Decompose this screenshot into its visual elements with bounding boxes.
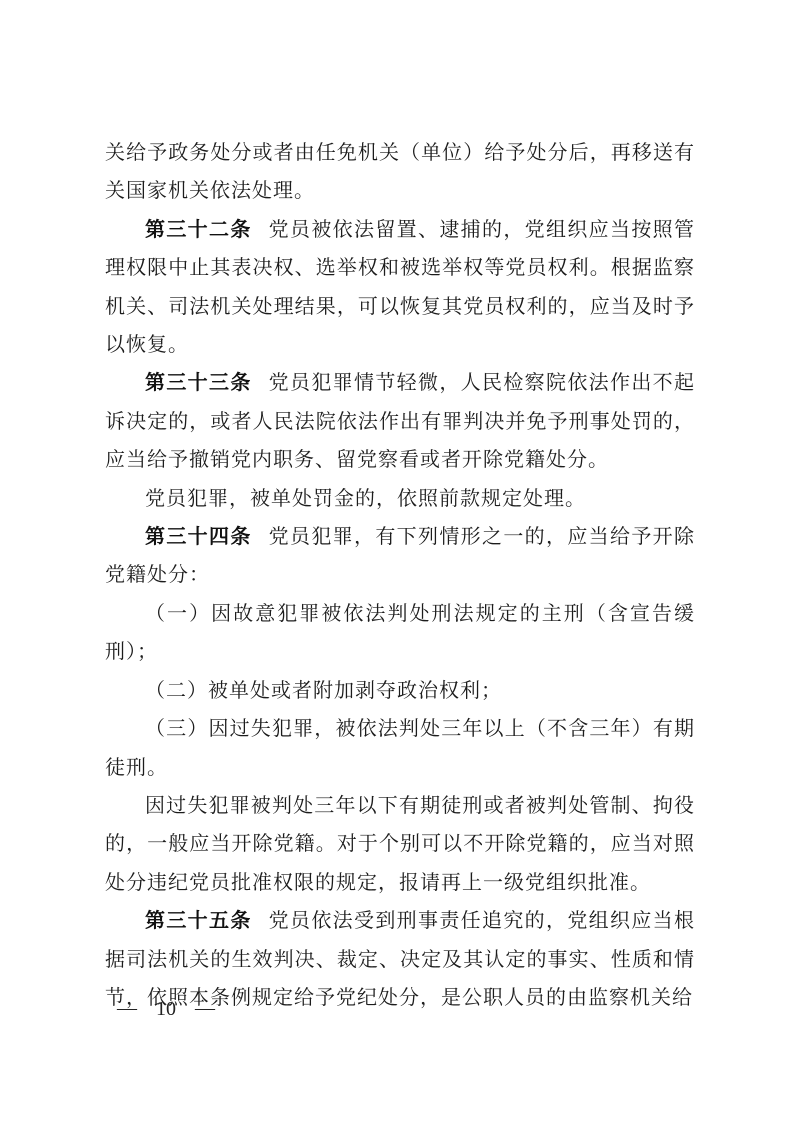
article-number: 第三十二条 [145, 219, 252, 241]
paragraph-text: 因过失犯罪被判处三年以下有期徒刑或者被判处管制、拘役的，一般应当开除党籍。对于个… [105, 795, 695, 894]
paragraph-text: （三）因过失犯罪，被依法判处三年以上（不含三年）有期徒刑。 [105, 718, 695, 778]
document-page: 关给予政务处分或者由任免机关（单位）给予处分后，再移送有关国家机关依法处理。 第… [0, 0, 793, 1122]
list-item-1: （一）因故意犯罪被依法判处刑法规定的主刑（含宣告缓刑）； [105, 595, 695, 672]
paragraph-text: 关给予政务处分或者由任免机关（单位）给予处分后，再移送有关国家机关依法处理。 [105, 142, 695, 202]
article-number: 第三十五条 [145, 910, 252, 932]
list-item-2: （二）被单处或者附加剥夺政治权利； [105, 672, 695, 710]
footer-dash-right: — [195, 997, 215, 1020]
footer-dash-left: — [117, 997, 137, 1020]
paragraph-continued: 关给予政务处分或者由任免机关（单位）给予处分后，再移送有关国家机关依法处理。 [105, 134, 695, 211]
page-number: 10 [156, 998, 176, 1021]
article-number: 第三十三条 [145, 372, 252, 394]
paragraph: 党员犯罪，被单处罚金的，依照前款规定处理。 [105, 480, 695, 518]
paragraph-article-33: 第三十三条党员犯罪情节轻微，人民检察院依法作出不起诉决定的，或者人民法院依法作出… [105, 364, 695, 479]
paragraph-article-32: 第三十二条党员被依法留置、逮捕的，党组织应当按照管理权限中止其表决权、选举权和被… [105, 211, 695, 365]
paragraph-text: （二）被单处或者附加剥夺政治权利； [145, 680, 502, 702]
paragraph-text: （一）因故意犯罪被依法判处刑法规定的主刑（含宣告缓刑）； [105, 603, 695, 663]
text-block: 关给予政务处分或者由任免机关（单位）给予处分后，再移送有关国家机关依法处理。 第… [105, 134, 695, 1017]
paragraph: 因过失犯罪被判处三年以下有期徒刑或者被判处管制、拘役的，一般应当开除党籍。对于个… [105, 787, 695, 902]
article-number: 第三十四条 [145, 526, 252, 548]
paragraph-article-34: 第三十四条党员犯罪，有下列情形之一的，应当给予开除党籍处分： [105, 518, 695, 595]
paragraph-text: 党员犯罪，被单处罚金的，依照前款规定处理。 [145, 488, 586, 510]
page-footer: — 10 — [117, 998, 215, 1021]
list-item-3: （三）因过失犯罪，被依法判处三年以上（不含三年）有期徒刑。 [105, 710, 695, 787]
